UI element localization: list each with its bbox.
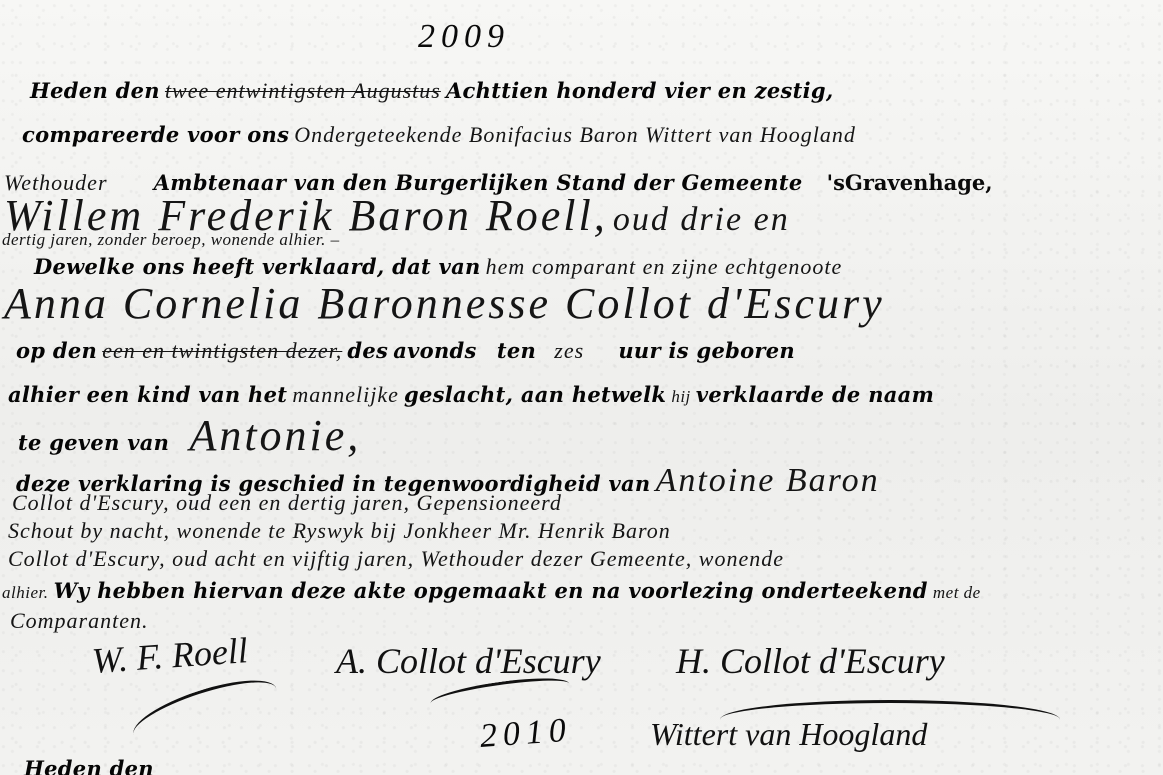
printed-text: uur is geboren bbox=[618, 338, 795, 363]
line-12: Collot d'Escury, oud een en dertig jaren… bbox=[12, 490, 562, 516]
handwritten-child-name: Antonie, bbox=[189, 411, 361, 460]
municipality-name: 'sGravenhage, bbox=[827, 170, 993, 195]
line-13: Schout by nacht, wonende te Ryswyk bij J… bbox=[8, 518, 671, 544]
handwritten-witness-1-residence: Schout by nacht, wonende te Ryswyk bij J… bbox=[8, 518, 671, 543]
printed-text: Achttien honderd vier en zestig, bbox=[446, 78, 834, 103]
handwritten-witness-1: Antoine Baron bbox=[656, 462, 880, 499]
handwritten-witness-2-details: Collot d'Escury, oud acht en vijftig jar… bbox=[8, 546, 784, 571]
handwritten-mother-name: Anna Cornelia Baronnesse Collot d'Escury bbox=[4, 279, 885, 328]
printed-text: Wy hebben hiervan deze akte opgemaakt en… bbox=[54, 578, 928, 603]
printed-text: alhier een kind van het bbox=[8, 382, 287, 407]
signature-official: Wittert van Hoogland bbox=[650, 716, 927, 753]
signature-witness-1: A. Collot d'Escury bbox=[336, 640, 601, 682]
printed-text: verklaarde de naam bbox=[696, 382, 934, 407]
line-5: dertig jaren, zonder beroep, wonende alh… bbox=[2, 230, 340, 250]
handwritten-witness-1-details: Collot d'Escury, oud een en dertig jaren… bbox=[12, 490, 562, 515]
handwritten-occupation: dertig jaren, zonder beroep, wonende alh… bbox=[2, 230, 340, 249]
next-record-number: 2010 bbox=[479, 712, 573, 756]
handwritten-text: alhier. bbox=[2, 583, 48, 602]
next-entry-fragment: Heden den bbox=[24, 756, 154, 775]
printed-text: ten bbox=[497, 338, 536, 363]
handwritten-closing: Comparanten. bbox=[10, 608, 149, 633]
line-15: alhier. Wy hebben hiervan deze akte opge… bbox=[2, 578, 981, 603]
printed-text: Heden den bbox=[30, 78, 160, 103]
printed-text: compareerde voor ons bbox=[22, 122, 289, 147]
record-number: 2009 bbox=[418, 18, 510, 56]
line-16: Comparanten. bbox=[10, 608, 149, 634]
handwritten-birth-date: een en twintigsten dezer, bbox=[102, 338, 342, 363]
handwritten-relation: hem comparant en zijne echtgenoote bbox=[486, 254, 843, 279]
printed-text: geslacht, aan hetwelk bbox=[404, 382, 666, 407]
handwritten-hour: zes bbox=[554, 338, 584, 363]
line-2: compareerde voor ons Ondergeteekende Bon… bbox=[22, 122, 856, 148]
line-10: te geven van Antonie, bbox=[18, 410, 361, 461]
handwritten-date: twee entwintigsten Augustus bbox=[165, 78, 441, 103]
line-8: op den een en twintigsten dezer, des avo… bbox=[16, 338, 795, 364]
handwritten-pronoun: hij bbox=[671, 387, 690, 406]
handwritten-age: oud drie en bbox=[613, 201, 790, 238]
handwritten-time-of-day: avonds bbox=[393, 338, 476, 363]
printed-text: Dewelke ons heeft verklaard, dat van bbox=[34, 254, 481, 279]
line-6: Dewelke ons heeft verklaard, dat van hem… bbox=[34, 254, 842, 280]
line-1: Heden den twee entwintigsten Augustus Ac… bbox=[30, 78, 834, 104]
printed-text: Heden den bbox=[24, 756, 154, 775]
line-9: alhier een kind van het mannelijke gesla… bbox=[8, 382, 934, 408]
handwritten-official-name: Ondergeteekende Bonifacius Baron Wittert… bbox=[294, 122, 856, 147]
printed-text: te geven van bbox=[18, 430, 169, 455]
printed-text: op den bbox=[16, 338, 97, 363]
handwritten-text: met de bbox=[933, 583, 981, 602]
printed-text: des bbox=[347, 338, 388, 363]
handwritten-sex: mannelijke bbox=[292, 382, 399, 407]
signature-witness-2: H. Collot d'Escury bbox=[676, 640, 945, 682]
line-7: Anna Cornelia Baronnesse Collot d'Escury bbox=[4, 278, 885, 329]
line-14: Collot d'Escury, oud acht en vijftig jar… bbox=[8, 546, 784, 572]
